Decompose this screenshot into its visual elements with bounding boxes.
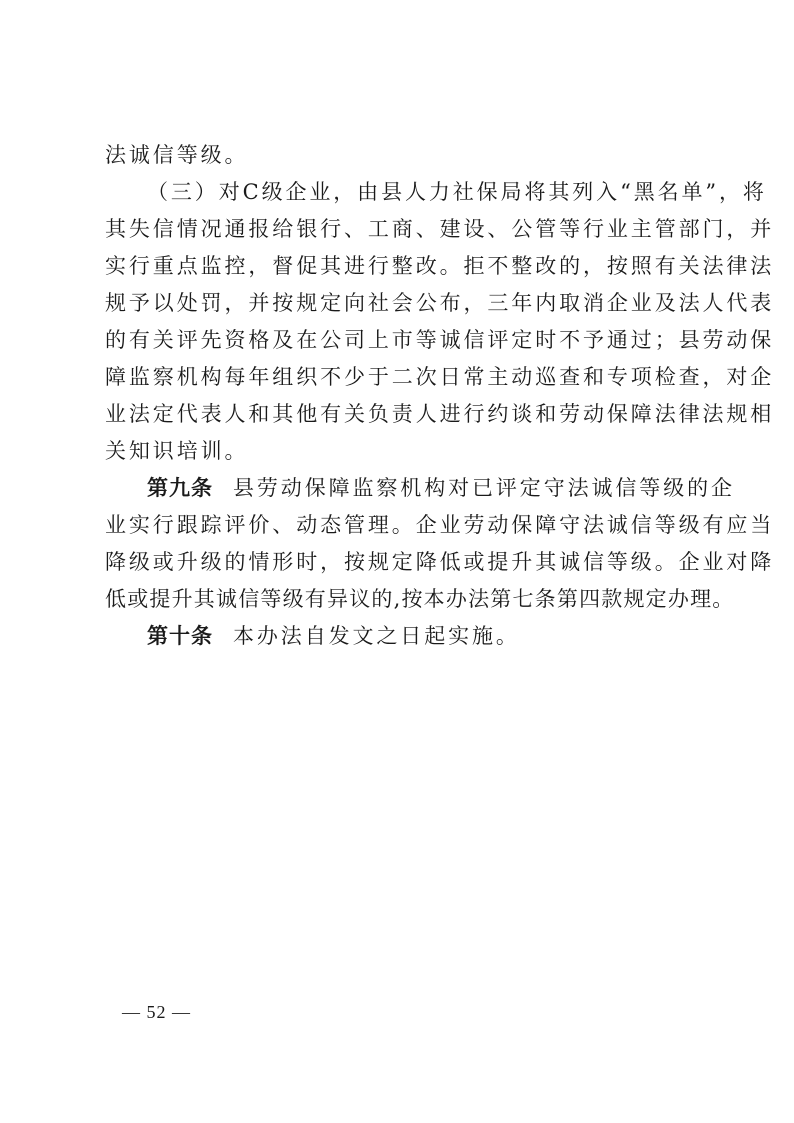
text-line: 障监察机构每年组织不少于二次日常主动巡查和专项检查，对企 — [105, 363, 701, 391]
article-10-line: 第十条本办法自发文之日起实施。 — [147, 622, 701, 650]
article-9-line: 低或提升其诚信等级有异议的,按本办法第七条第四款规定办理。 — [105, 585, 701, 613]
article-10-heading: 第十条 — [147, 624, 213, 648]
text-line: 业法定代表人和其他有关负责人进行约谈和劳动保障法律法规相 — [105, 400, 701, 428]
text-line: 法诚信等级。 — [105, 141, 701, 169]
article-9-heading: 第九条 — [147, 476, 213, 500]
article-9-first-line: 第九条县劳动保障监察机构对已评定守法诚信等级的企 — [147, 474, 701, 502]
text-line: 其失信情况通报给银行、工商、建设、公管等行业主管部门，并 — [105, 215, 701, 243]
article-9-line: 业实行跟踪评价、动态管理。企业劳动保障守法诚信等级有应当 — [105, 511, 701, 539]
text-line: 的有关评先资格及在公司上市等诚信评定时不予通过；县劳动保 — [105, 326, 701, 354]
document-page: 法诚信等级。（三）对C级企业，由县人力社保局将其列入“黑名单”，将其失信情况通报… — [0, 0, 794, 1123]
text-line: 关知识培训。 — [105, 437, 701, 465]
page-number: — 52 — — [122, 1002, 191, 1023]
text-line: 实行重点监控，督促其进行整改。拒不整改的，按照有关法律法 — [105, 252, 701, 280]
article-9-text: 县劳动保障监察机构对已评定守法诚信等级的企 — [233, 476, 735, 500]
text-line: （三）对C级企业，由县人力社保局将其列入“黑名单”，将 — [147, 178, 701, 206]
text-line: 规予以处罚，并按规定向社会公布，三年内取消企业及法人代表 — [105, 289, 701, 317]
article-10-text: 本办法自发文之日起实施。 — [233, 624, 520, 648]
article-9-line: 降级或升级的情形时，按规定降低或提升其诚信等级。企业对降 — [105, 548, 701, 576]
